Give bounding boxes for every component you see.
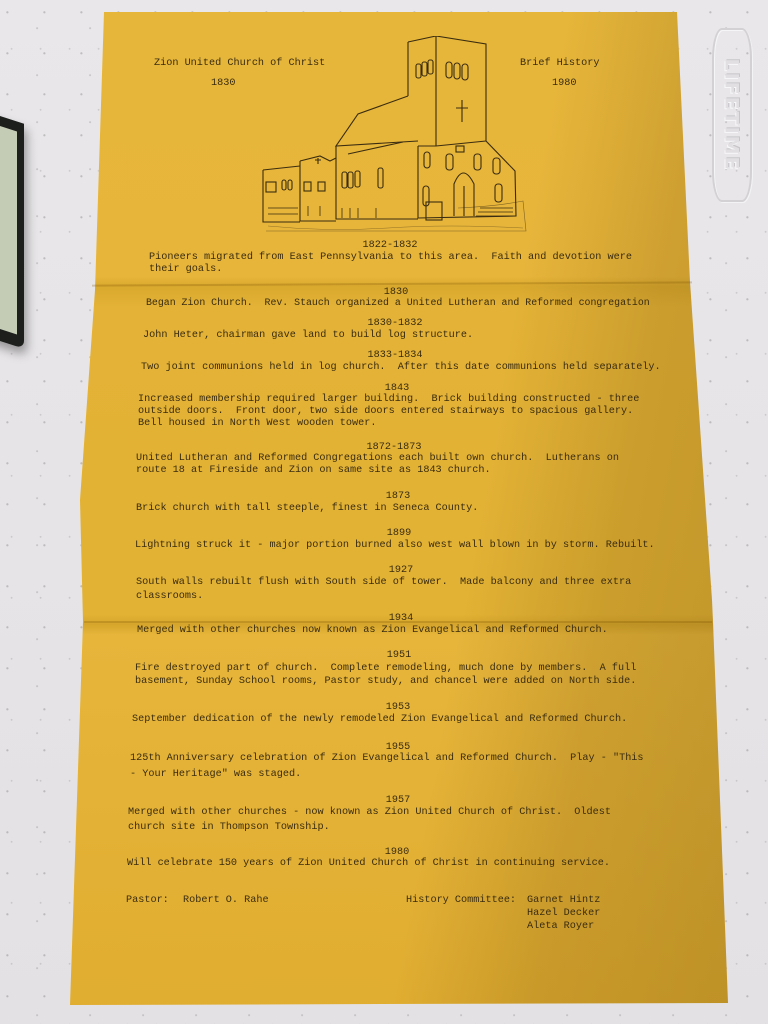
pastor-label: Pastor:: [126, 894, 169, 907]
entry-text: church site in Thompson Township.: [128, 821, 330, 834]
brief-history-heading: Brief History: [520, 57, 599, 70]
document-body: Zion United Church of Christ 1830 Brief …: [0, 0, 768, 1024]
pastor-name: Robert O. Rahe: [183, 894, 269, 907]
entry-text: Merged with other churches now known as …: [137, 624, 608, 637]
entry-text: Will celebrate 150 years of Zion United …: [127, 857, 610, 870]
entry-text: Lightning struck it - major portion burn…: [135, 539, 655, 552]
entry-text: basement, Sunday School rooms, Pastor st…: [135, 675, 636, 688]
entry-text: classrooms.: [136, 590, 203, 603]
entry-text: John Heter, chairman gave land to build …: [143, 329, 473, 342]
entry-text: Began Zion Church. Rev. Stauch organized…: [146, 296, 650, 309]
entry-text: South walls rebuilt flush with South sid…: [136, 576, 631, 589]
anniversary-year: 1980: [552, 77, 576, 90]
entry-text: Fire destroyed part of church. Complete …: [135, 662, 636, 675]
committee-label: History Committee:: [406, 894, 516, 907]
committee-member: Hazel Decker: [527, 907, 600, 920]
entry-text: Brick church with tall steeple, finest i…: [136, 502, 478, 515]
founding-year: 1830: [211, 77, 235, 90]
entry-text: - Your Heritage" was staged.: [130, 768, 301, 781]
committee-member: Aleta Royer: [527, 920, 594, 933]
committee-member: Garnet Hintz: [527, 894, 600, 907]
church-sketch-icon: [263, 36, 526, 231]
entry-text: 125th Anniversary celebration of Zion Ev…: [130, 752, 644, 765]
entry-text: Bell housed in North West wooden tower.: [138, 417, 376, 430]
entry-text: Merged with other churches - now known a…: [128, 806, 611, 819]
entry-text: Two joint communions held in log church.…: [141, 361, 661, 374]
entry-year: 1951: [359, 649, 439, 662]
entry-text: September dedication of the newly remode…: [132, 713, 627, 726]
entry-text: their goals.: [149, 263, 222, 276]
church-illustration: [258, 36, 530, 236]
entry-text: route 18 at Fireside and Zion on same si…: [136, 464, 491, 477]
